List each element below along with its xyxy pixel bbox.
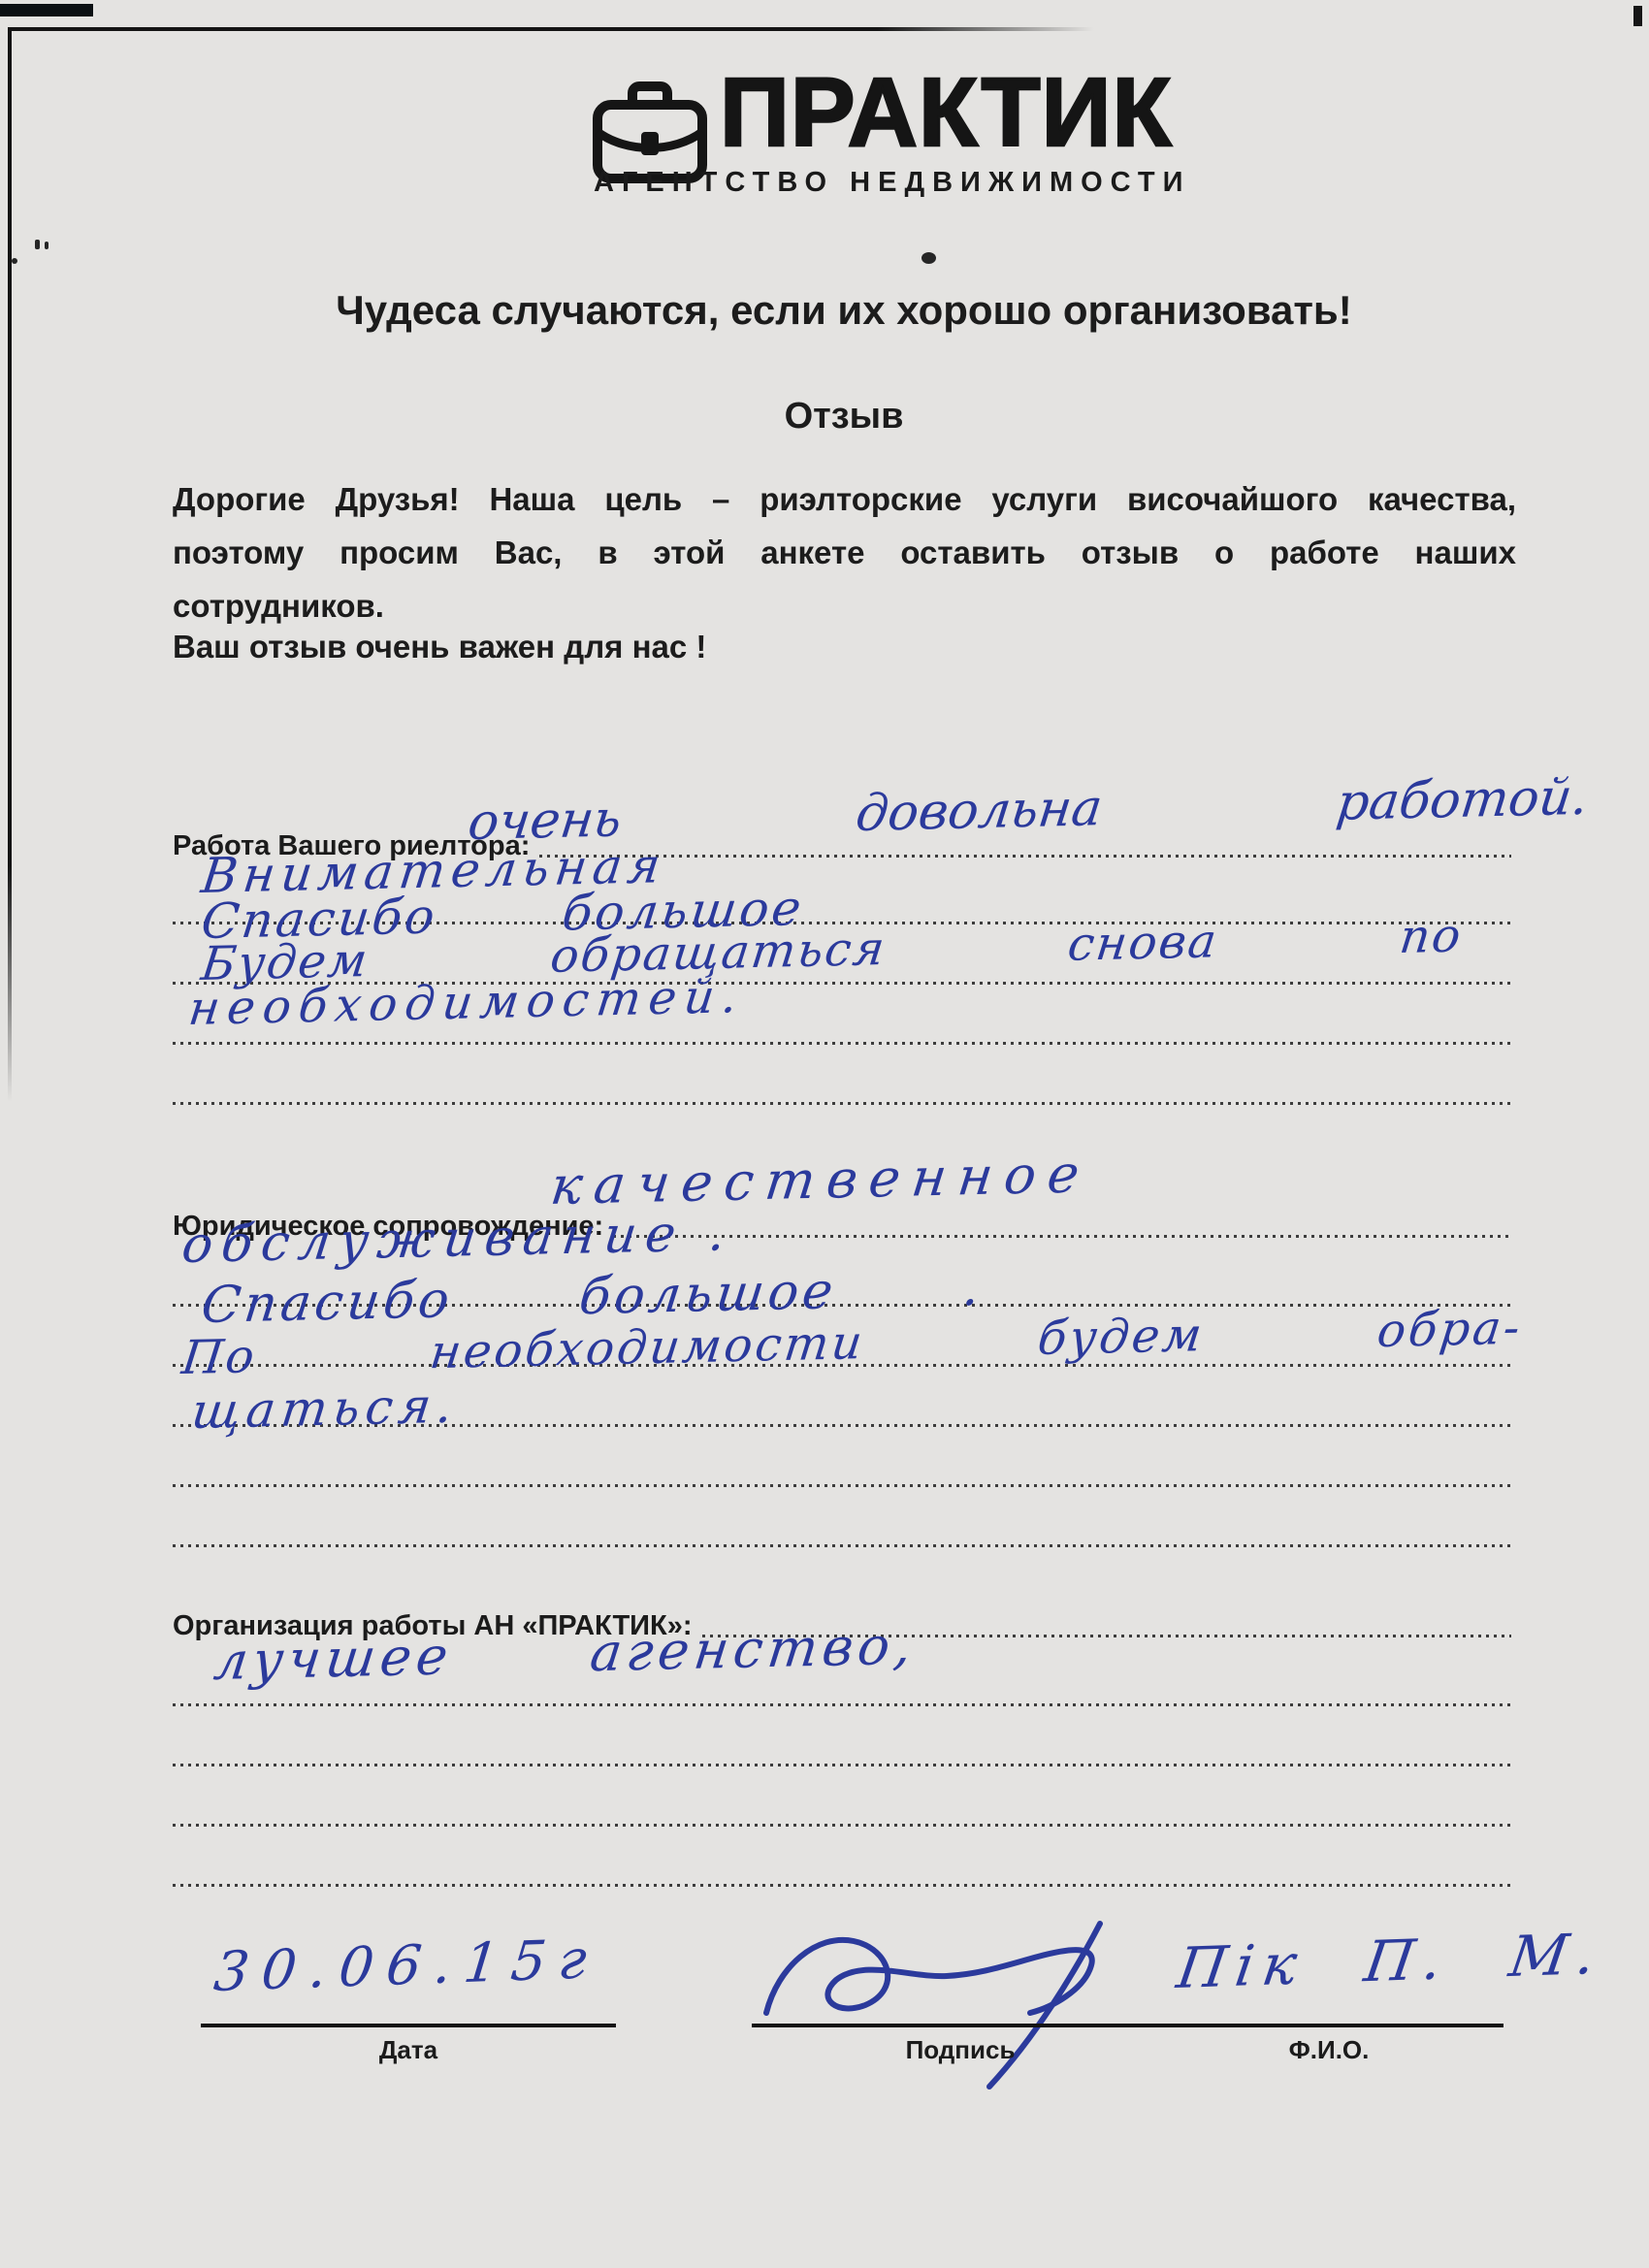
intro-line: Дорогие Друзья! Наша цель – риэлторские …	[173, 472, 1516, 526]
handwritten-name: Пік П. М.	[1174, 1926, 1607, 1996]
handwritten-answer: качественное	[548, 1148, 1093, 1213]
dotted-line	[173, 1824, 1511, 1827]
signature-underline	[752, 2024, 1169, 2027]
dotted-line	[173, 1703, 1511, 1706]
signature-label: Подпись	[752, 2035, 1169, 2065]
date-underline	[201, 2024, 616, 2027]
scanned-feedback-form: ПРАКТИК АГЕНТСТВО НЕДВИЖИМОСТИ Чудеса сл…	[0, 0, 1649, 2268]
dotted-line	[173, 1884, 1511, 1887]
slogan-text: Чудеса случаются, если их хорошо организ…	[19, 287, 1649, 334]
handwritten-date: 30.06.15г	[211, 1932, 601, 2000]
agency-logo-title: ПРАКТИК	[720, 62, 1173, 163]
intro-paragraph: Дорогие Друзья! Наша цель – риэлторские …	[173, 472, 1516, 632]
date-label: Дата	[201, 2035, 616, 2065]
fio-underline	[1154, 2024, 1503, 2027]
scan-artifact-corner-bar	[0, 4, 93, 16]
handwritten-answer: лучшее агенство,	[211, 1620, 920, 1688]
intro-line: сотрудников.	[173, 579, 1516, 632]
agency-logo-subtitle: АГЕНТСТВО НЕДВИЖИМОСТИ	[594, 167, 1190, 199]
handwritten-answer: обслуживание .	[179, 1208, 737, 1271]
handwritten-signature	[755, 1916, 1172, 2095]
form-title: Отзыв	[19, 396, 1649, 437]
ink-speck	[12, 258, 17, 264]
dotted-line	[613, 1235, 1511, 1238]
handwritten-answer: щаться.	[189, 1381, 461, 1436]
ink-speck	[35, 240, 40, 249]
dotted-line	[173, 1544, 1511, 1547]
dotted-line	[173, 1102, 1511, 1105]
dotted-line	[173, 1042, 1511, 1045]
intro-line: поэтому просим Вас, в этой анкете остави…	[173, 526, 1516, 579]
scan-border-left	[8, 27, 12, 1102]
handwritten-answer: необходимостей.	[186, 973, 748, 1032]
dotted-line	[173, 1484, 1511, 1487]
fio-label: Ф.И.О.	[1154, 2035, 1503, 2065]
scan-artifact-top-right	[1633, 6, 1642, 26]
scan-border-top	[10, 27, 1094, 31]
ink-speck	[45, 242, 48, 249]
importance-note: Ваш отзыв очень важен для нас !	[173, 629, 706, 665]
dotted-line	[539, 855, 1511, 858]
dotted-line	[173, 1764, 1511, 1766]
ink-speck	[921, 252, 936, 264]
